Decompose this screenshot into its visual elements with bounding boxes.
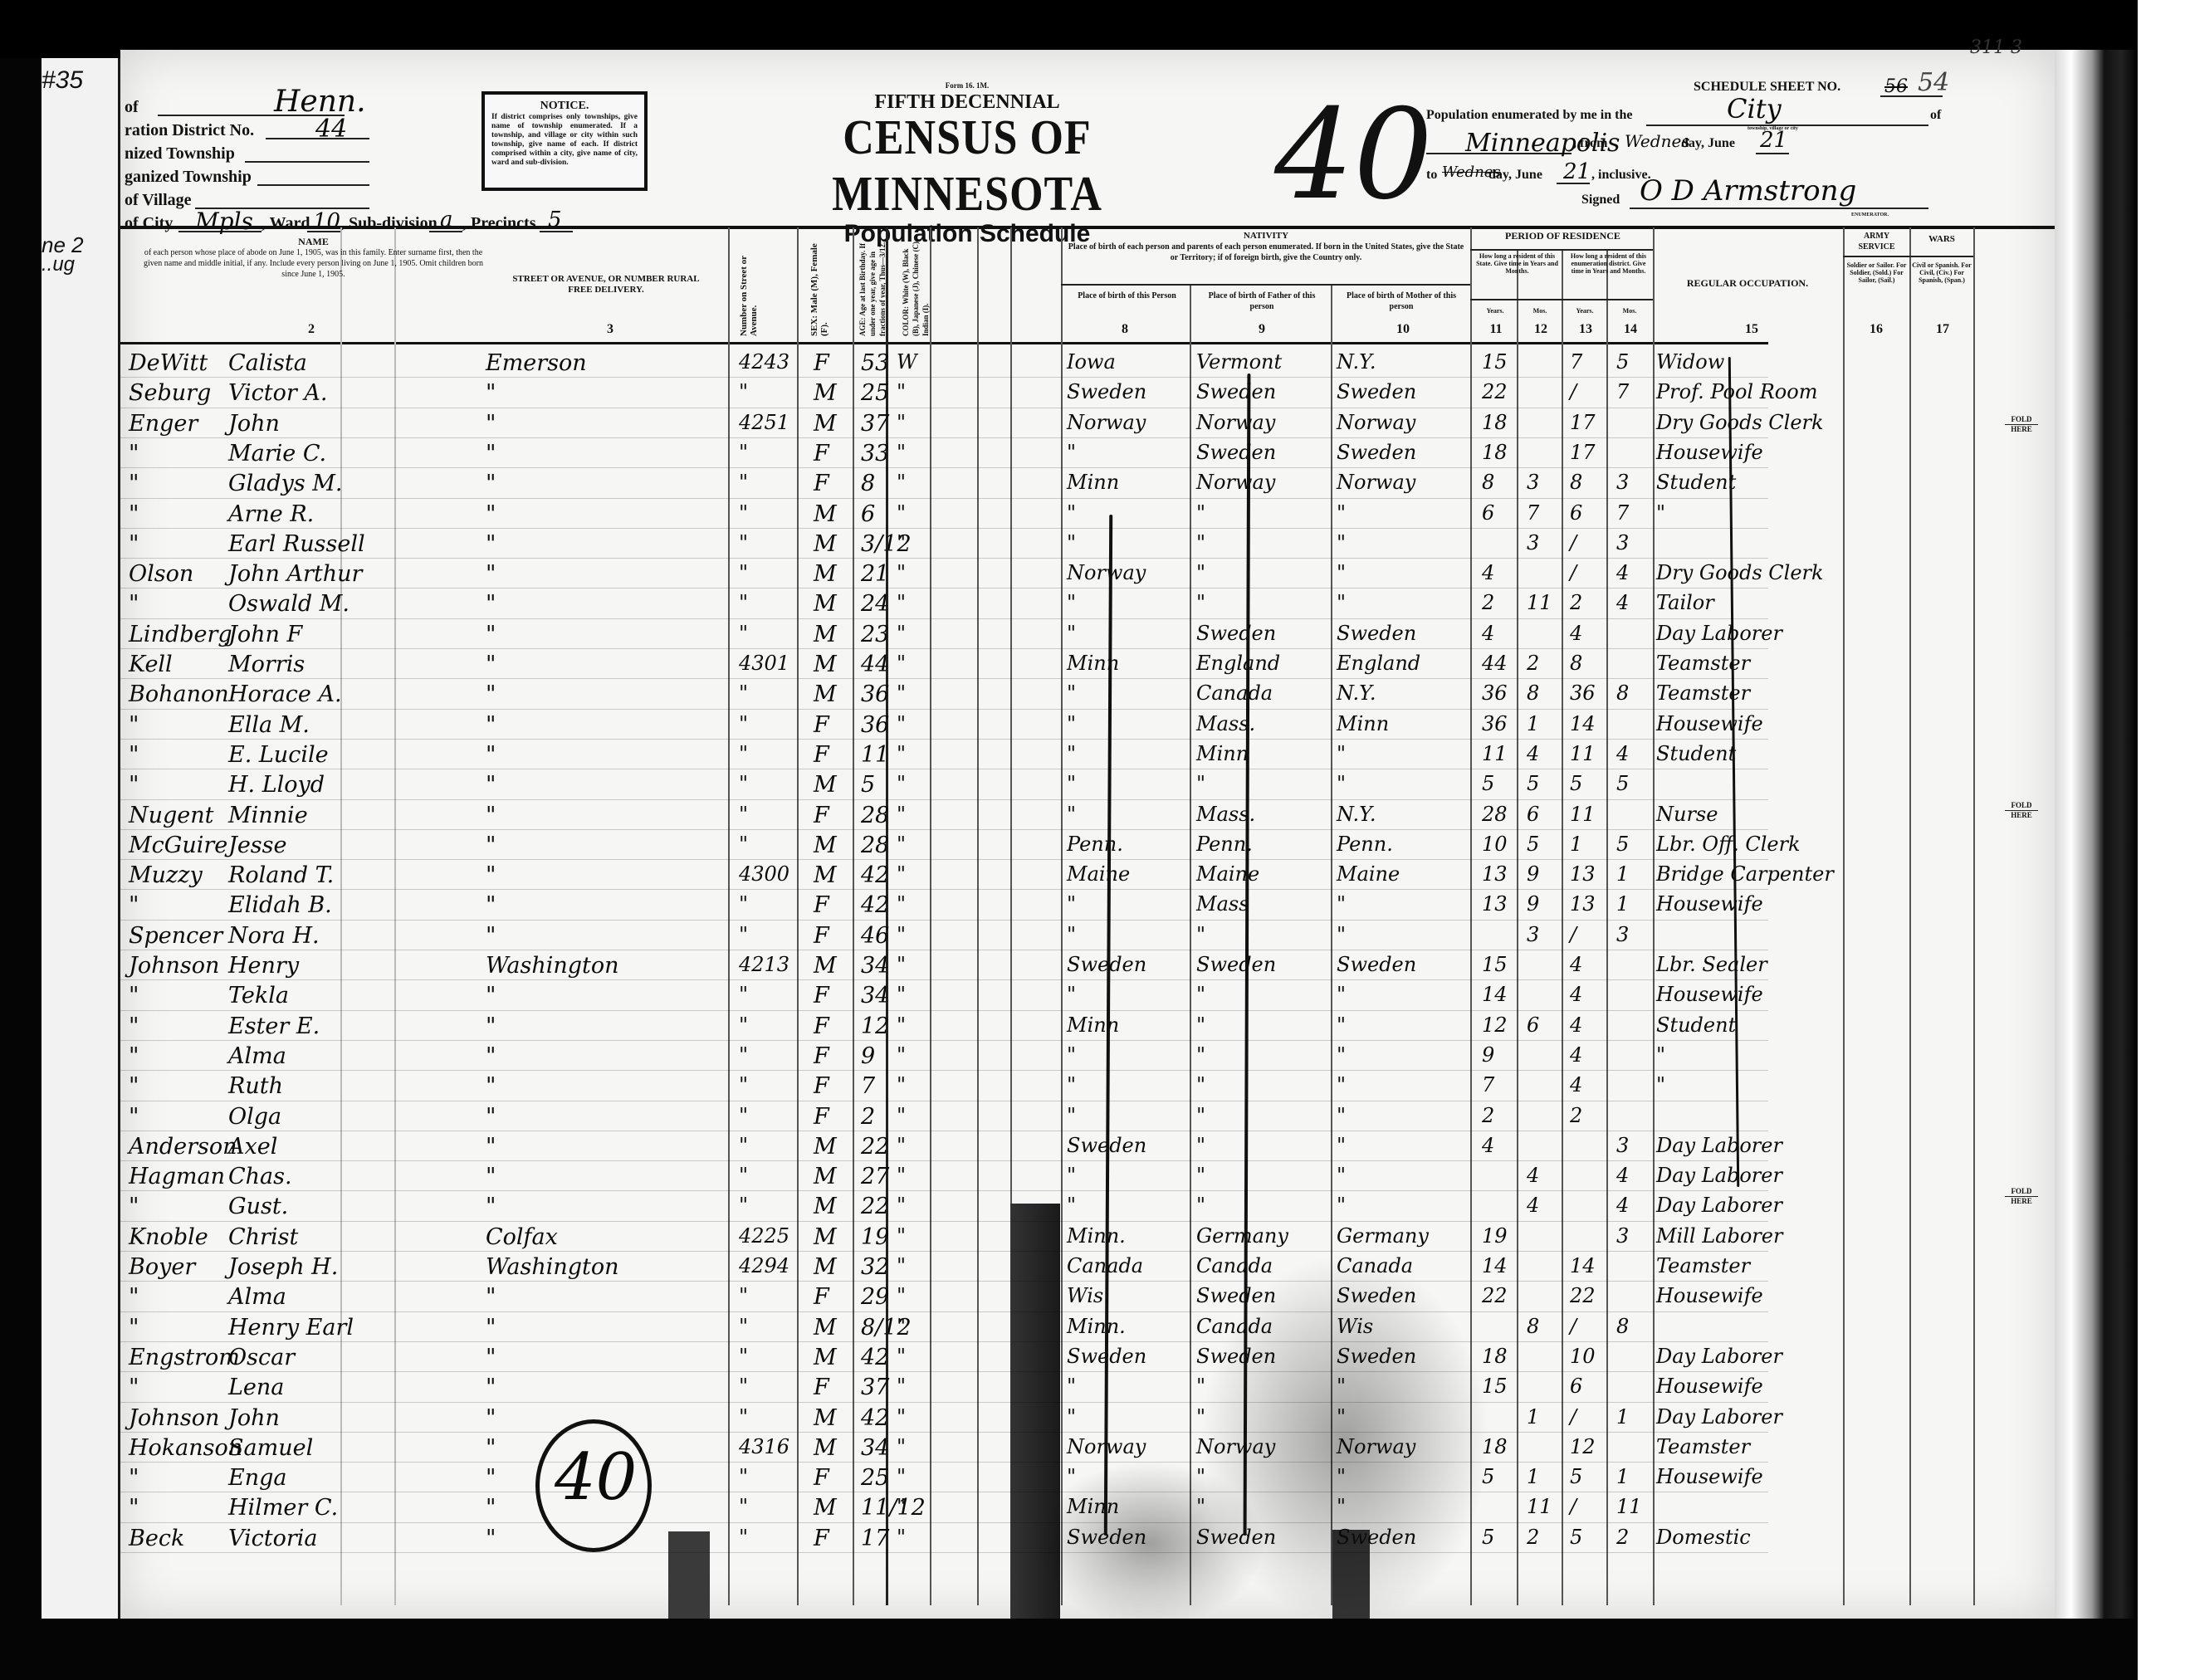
district-years-cell: 2 xyxy=(1570,1104,1582,1127)
birthplace-mother-cell: " xyxy=(1337,501,1346,525)
col-header-house-number: Number on Street or Avenue. xyxy=(739,237,759,336)
birthplace-person-cell: " xyxy=(1067,772,1076,795)
sex-cell: F xyxy=(814,983,829,1008)
given-name-cell: E. Lucile xyxy=(228,742,329,768)
to-suffix: day, June xyxy=(1488,168,1542,183)
district-months-cell: 3 xyxy=(1616,1224,1629,1248)
age-cell: 27 xyxy=(861,1164,889,1189)
scan-border-right xyxy=(2138,0,2185,1680)
surname-cell: Lindberg xyxy=(129,622,232,647)
state-months-cell: 1 xyxy=(1527,712,1539,735)
birthplace-mother-cell: Wis xyxy=(1337,1315,1373,1338)
street-cell: " xyxy=(486,983,496,1008)
street-cell: " xyxy=(486,1013,496,1039)
district-value: 44 xyxy=(315,115,347,144)
state-months-cell: 7 xyxy=(1527,501,1539,525)
district-months-cell: 1 xyxy=(1616,1465,1629,1488)
surname-cell: Muzzy xyxy=(129,862,203,888)
house-number-cell: 4225 xyxy=(739,1224,789,1248)
sex-cell: M xyxy=(814,652,837,677)
district-years-cell: 7 xyxy=(1570,350,1582,374)
given-name-cell: Joseph H. xyxy=(228,1254,338,1280)
occupation-cell: Day Laborer xyxy=(1656,1194,1782,1217)
given-name-cell: Roland T. xyxy=(228,862,334,888)
street-cell: " xyxy=(486,1315,496,1341)
given-name-cell: Arne R. xyxy=(228,501,314,527)
precincts-label: , Precincts xyxy=(462,214,536,233)
street-cell: " xyxy=(486,622,496,647)
house-number-cell: " xyxy=(739,742,748,765)
birthplace-father-cell: Sweden xyxy=(1196,441,1276,464)
state-years-cell: 18 xyxy=(1482,1345,1508,1368)
street-cell: " xyxy=(486,471,496,496)
age-cell: 46 xyxy=(861,923,889,949)
birthplace-mother-cell: England xyxy=(1337,652,1420,675)
state-years-cell: 18 xyxy=(1482,1435,1508,1458)
birthplace-person-cell: Minn xyxy=(1067,1013,1119,1037)
color-cell: " xyxy=(897,1104,906,1127)
surname-cell: Olson xyxy=(129,561,193,587)
color-cell: " xyxy=(897,531,906,554)
birthplace-father-cell: " xyxy=(1196,1194,1205,1217)
district-years-cell: / xyxy=(1570,1315,1576,1338)
unorg-township-label: ganized Township xyxy=(125,168,252,187)
state-months-cell: 9 xyxy=(1527,892,1539,916)
state-years-cell: 13 xyxy=(1482,892,1508,916)
birthplace-father-cell: Minn xyxy=(1196,742,1249,765)
district-months-cell: 5 xyxy=(1616,350,1629,374)
sex-cell: M xyxy=(814,681,837,707)
sex-cell: F xyxy=(814,1526,829,1551)
house-number-cell: " xyxy=(739,622,748,645)
district-years-cell: 11 xyxy=(1570,742,1596,765)
state-months-cell: 11 xyxy=(1527,591,1552,614)
house-number-cell: " xyxy=(739,1164,748,1187)
occupation-cell: Housewife xyxy=(1656,892,1763,916)
house-number-cell: " xyxy=(739,712,748,735)
col-header-street: STREET OR AVENUE, OR NUMBER RURAL FREE D… xyxy=(502,274,710,295)
sex-cell: M xyxy=(814,1435,837,1461)
color-cell: " xyxy=(897,1134,906,1157)
house-number-cell: " xyxy=(739,923,748,946)
birthplace-person-cell: Sweden xyxy=(1067,1134,1146,1157)
given-name-cell: Ester E. xyxy=(228,1013,320,1039)
street-cell: " xyxy=(486,531,496,557)
street-cell: " xyxy=(486,591,496,617)
birthplace-father-cell: " xyxy=(1196,1375,1205,1398)
given-name-cell: H. Lloyd xyxy=(228,772,325,798)
birthplace-person-cell: " xyxy=(1067,712,1076,735)
birthplace-mother-cell: Norway xyxy=(1337,411,1415,434)
state-months-cell: 3 xyxy=(1527,531,1539,554)
sex-cell: M xyxy=(814,1134,837,1160)
given-name-cell: Lena xyxy=(228,1375,284,1400)
birthplace-father-cell: Norway xyxy=(1196,411,1275,434)
district-years-cell: 4 xyxy=(1570,983,1582,1006)
birthplace-person-cell: " xyxy=(1067,1104,1076,1127)
state-months-cell: 1 xyxy=(1527,1465,1539,1488)
book-binding xyxy=(2055,50,2138,1619)
birthplace-mother-cell: " xyxy=(1337,1043,1346,1067)
birthplace-father-cell: Sweden xyxy=(1196,953,1276,976)
birthplace-person-cell: Sweden xyxy=(1067,380,1146,403)
state-years-cell: 18 xyxy=(1482,411,1508,434)
age-cell: 6 xyxy=(861,501,875,527)
occupation-cell: Housewife xyxy=(1656,1375,1763,1398)
house-number-cell: " xyxy=(739,1345,748,1368)
surname-cell: " xyxy=(129,892,139,918)
to-label: to xyxy=(1426,168,1437,183)
house-number-cell: 4213 xyxy=(739,953,789,976)
fold-here-marker: FOLDHERE xyxy=(2005,415,2038,434)
surname-cell: Knoble xyxy=(129,1224,208,1250)
occupation-cell: Bridge Carpenter xyxy=(1656,862,1834,886)
given-name-cell: Ella M. xyxy=(228,712,310,738)
col-header-army-service: ARMY SERVICE xyxy=(1845,231,1908,252)
district-years-cell: / xyxy=(1570,923,1576,946)
age-cell: 23 xyxy=(861,622,889,647)
birthplace-father-cell: " xyxy=(1196,1013,1205,1037)
street-cell: " xyxy=(486,411,496,437)
age-cell: 28 xyxy=(861,833,889,858)
state-years-cell: 4 xyxy=(1482,1134,1494,1157)
given-name-cell: John F xyxy=(228,622,302,647)
age-cell: 12 xyxy=(861,1013,889,1039)
state-years-cell: 14 xyxy=(1482,983,1508,1006)
occupation-cell: Domestic xyxy=(1656,1526,1751,1549)
occupation-cell: Dry Goods Clerk xyxy=(1656,561,1824,584)
birthplace-mother-cell: Sweden xyxy=(1337,380,1416,403)
col-header-wars: WARS xyxy=(1912,234,1972,245)
house-number-cell: " xyxy=(739,833,748,856)
state-years-cell: 12 xyxy=(1482,1013,1508,1037)
color-cell: " xyxy=(897,1405,906,1428)
birthplace-father-cell: " xyxy=(1196,591,1205,614)
birthplace-mother-cell: Sweden xyxy=(1337,1345,1416,1368)
given-name-cell: John xyxy=(228,1405,280,1431)
color-cell: " xyxy=(897,833,906,856)
sex-cell: F xyxy=(814,1073,829,1099)
age-cell: 29 xyxy=(861,1284,889,1310)
color-cell: " xyxy=(897,772,906,795)
sex-cell: F xyxy=(814,712,829,738)
sheet-ref-note: #35 xyxy=(42,66,83,95)
street-cell: " xyxy=(486,1194,496,1219)
given-name-cell: Henry Earl xyxy=(228,1315,354,1341)
age-cell: 53 xyxy=(861,350,889,376)
house-number-cell: 4294 xyxy=(739,1254,789,1277)
age-cell: 37 xyxy=(861,1375,889,1400)
color-cell: " xyxy=(897,411,906,434)
birthplace-mother-cell: " xyxy=(1337,892,1346,916)
sex-cell: M xyxy=(814,561,837,587)
house-number-cell: 4300 xyxy=(739,862,789,886)
col-header-sex: SEX: Male (M), Female (F). xyxy=(809,237,829,336)
house-number-cell: " xyxy=(739,1526,748,1549)
state-years-cell: 15 xyxy=(1482,1375,1508,1398)
district-years-cell: 22 xyxy=(1570,1284,1596,1307)
district-years-cell: 36 xyxy=(1570,681,1596,705)
color-cell: " xyxy=(897,501,906,525)
street-cell: Washington xyxy=(486,1254,619,1280)
house-number-cell: " xyxy=(739,892,748,916)
surname-cell: Hokanson xyxy=(129,1435,242,1461)
sex-cell: M xyxy=(814,501,837,527)
sex-cell: F xyxy=(814,1465,829,1491)
district-years-cell: 17 xyxy=(1570,411,1596,434)
surname-cell: Kell xyxy=(129,652,173,677)
birthplace-mother-cell: Norway xyxy=(1337,471,1415,494)
surname-cell: " xyxy=(129,1194,139,1219)
district-years-cell: / xyxy=(1570,531,1576,554)
birthplace-father-cell: " xyxy=(1196,561,1205,584)
district-months-cell: 8 xyxy=(1616,1315,1629,1338)
color-cell: " xyxy=(897,1164,906,1187)
ward-label: , Ward xyxy=(262,214,310,233)
state-years-cell: 28 xyxy=(1482,803,1508,826)
street-cell: " xyxy=(486,1465,496,1491)
col-header-birth-person: Place of birth of this Person xyxy=(1067,291,1187,301)
birthplace-mother-cell: Sweden xyxy=(1337,1526,1416,1549)
street-cell: Emerson xyxy=(486,350,587,376)
sex-cell: M xyxy=(814,833,837,858)
color-cell: " xyxy=(897,923,906,946)
district-years-cell: 5 xyxy=(1570,772,1582,795)
birthplace-mother-cell: " xyxy=(1337,1375,1346,1398)
occupation-cell: Student xyxy=(1656,471,1736,494)
sex-cell: F xyxy=(814,1375,829,1400)
color-cell: " xyxy=(897,1495,906,1518)
sex-cell: F xyxy=(814,923,829,949)
color-cell: " xyxy=(897,471,906,494)
color-cell: " xyxy=(897,712,906,735)
sex-cell: M xyxy=(814,1254,837,1280)
house-number-cell: " xyxy=(739,591,748,614)
state-years-cell: 44 xyxy=(1482,652,1508,675)
occupation-cell: Lbr. Sealer xyxy=(1656,953,1767,976)
county-value: Henn. xyxy=(274,85,366,119)
district-months-cell: 3 xyxy=(1616,923,1629,946)
district-years-cell: 5 xyxy=(1570,1526,1582,1549)
street-cell: " xyxy=(486,380,496,406)
district-years-cell: 4 xyxy=(1570,1043,1582,1067)
district-months-cell: 5 xyxy=(1616,772,1629,795)
house-number-cell: " xyxy=(739,1315,748,1338)
occupation-cell: Student xyxy=(1656,742,1736,765)
birthplace-mother-cell: Germany xyxy=(1337,1224,1429,1248)
house-number-cell: 4251 xyxy=(739,411,789,434)
district-years-cell: 4 xyxy=(1570,622,1582,645)
sex-cell: F xyxy=(814,441,829,466)
color-cell: " xyxy=(897,1224,906,1248)
house-number-cell: " xyxy=(739,531,748,554)
surname-cell: " xyxy=(129,1284,139,1310)
surname-cell: Beck xyxy=(129,1526,184,1551)
street-cell: " xyxy=(486,1375,496,1400)
birthplace-person-cell: Minn. xyxy=(1067,1315,1126,1338)
street-cell: " xyxy=(486,923,496,949)
state-months-cell: 4 xyxy=(1527,1164,1539,1187)
age-cell: 42 xyxy=(861,1345,889,1370)
surname-cell: " xyxy=(129,1315,139,1341)
color-cell: " xyxy=(897,1375,906,1398)
enumerated-value: City xyxy=(1727,93,1782,125)
col-header-resident-state: How long a resident of this State. Give … xyxy=(1474,252,1561,275)
surname-cell: " xyxy=(129,531,139,557)
color-cell: " xyxy=(897,380,906,403)
birthplace-father-cell: Mass xyxy=(1196,892,1249,916)
age-cell: 34 xyxy=(861,953,889,979)
birthplace-mother-cell: " xyxy=(1337,1134,1346,1157)
birthplace-person-cell: " xyxy=(1067,742,1076,765)
sex-cell: F xyxy=(814,742,829,768)
district-years-cell: 8 xyxy=(1570,652,1582,675)
color-cell: " xyxy=(897,681,906,705)
occupation-cell: Teamster xyxy=(1656,681,1750,705)
birthplace-mother-cell: " xyxy=(1337,1495,1346,1518)
street-cell: " xyxy=(486,772,496,798)
sex-cell: F xyxy=(814,1013,829,1039)
birthplace-person-cell: Minn xyxy=(1067,1495,1119,1518)
surname-cell: DeWitt xyxy=(129,350,208,376)
street-cell: " xyxy=(486,1284,496,1310)
ward-value: 10 xyxy=(313,209,340,234)
house-number-cell: " xyxy=(739,1465,748,1488)
age-cell: 42 xyxy=(861,1405,889,1431)
sex-cell: F xyxy=(814,892,829,918)
birthplace-person-cell: " xyxy=(1067,1465,1076,1488)
house-number-cell: " xyxy=(739,1375,748,1398)
given-name-cell: Marie C. xyxy=(228,441,326,466)
surname-cell: " xyxy=(129,1013,139,1039)
birthplace-person-cell: Sweden xyxy=(1067,1345,1146,1368)
given-name-cell: Gust. xyxy=(228,1194,288,1219)
age-cell: 25 xyxy=(861,1465,889,1491)
district-years-cell: 2 xyxy=(1570,591,1582,614)
house-number-cell: " xyxy=(739,561,748,584)
surname-cell: " xyxy=(129,772,139,798)
sheet-no-value: 54 xyxy=(1918,68,1949,97)
state-years-cell: 10 xyxy=(1482,833,1508,856)
district-months-cell: 4 xyxy=(1616,742,1629,765)
birthplace-father-cell: Mass. xyxy=(1196,803,1255,826)
state-years-cell: 11 xyxy=(1482,742,1508,765)
birthplace-mother-cell: Sweden xyxy=(1337,1284,1416,1307)
from-day: Wednes xyxy=(1625,131,1690,151)
birthplace-father-cell: Canada xyxy=(1196,1254,1273,1277)
house-number-cell: " xyxy=(739,1495,748,1518)
age-cell: 2 xyxy=(861,1104,875,1130)
circled-number: 40 xyxy=(535,1419,652,1552)
district-years-cell: 13 xyxy=(1570,892,1596,916)
given-name-cell: Alma xyxy=(228,1284,286,1310)
city-value: Mpls xyxy=(195,208,253,235)
color-cell: " xyxy=(897,953,906,976)
occupation-cell: Student xyxy=(1656,1013,1736,1037)
birthplace-mother-cell: " xyxy=(1337,561,1346,584)
house-number-cell: " xyxy=(739,380,748,403)
street-cell: " xyxy=(486,1104,496,1130)
village-label: of Village xyxy=(125,191,192,210)
age-cell: 42 xyxy=(861,892,889,918)
birthplace-father-cell: Canada xyxy=(1196,1315,1273,1338)
street-cell: " xyxy=(486,803,496,828)
birthplace-mother-cell: " xyxy=(1337,531,1346,554)
sex-cell: M xyxy=(814,1405,837,1431)
birthplace-father-cell: England xyxy=(1196,652,1280,675)
sex-cell: F xyxy=(814,1284,829,1310)
col-header-nativity: NATIVITY Place of birth of each person a… xyxy=(1067,231,1465,263)
birthplace-mother-cell: " xyxy=(1337,772,1346,795)
house-number-cell: " xyxy=(739,501,748,525)
district-years-cell: 13 xyxy=(1570,862,1596,886)
birthplace-person-cell: " xyxy=(1067,1194,1076,1217)
street-cell: " xyxy=(486,681,496,707)
birthplace-father-cell: Sweden xyxy=(1196,1345,1276,1368)
color-cell: W xyxy=(897,350,917,374)
birthplace-father-cell: Penn. xyxy=(1196,833,1253,856)
surname-cell: " xyxy=(129,1495,139,1521)
col-header-resident-district: How long a resident of this enumeration … xyxy=(1565,252,1652,275)
surname-cell: " xyxy=(129,1043,139,1069)
birthplace-person-cell: " xyxy=(1067,441,1076,464)
surname-cell: " xyxy=(129,983,139,1008)
district-years-cell: 6 xyxy=(1570,1375,1582,1398)
birthplace-mother-cell: Penn. xyxy=(1337,833,1393,856)
birthplace-mother-cell: " xyxy=(1337,1405,1346,1428)
street-cell: " xyxy=(486,652,496,677)
surname-cell: " xyxy=(129,441,139,466)
birthplace-person-cell: " xyxy=(1067,681,1076,705)
birthplace-father-cell: " xyxy=(1196,1134,1205,1157)
col-header-name: NAME of each person whose place of abode… xyxy=(137,237,490,280)
birthplace-person-cell: Sweden xyxy=(1067,953,1146,976)
sex-cell: F xyxy=(814,1104,829,1130)
state-months-cell: 4 xyxy=(1527,1194,1539,1217)
birthplace-person-cell: Norway xyxy=(1067,411,1146,434)
district-months-cell: 7 xyxy=(1616,501,1629,525)
color-cell: " xyxy=(897,862,906,886)
state-years-cell: 4 xyxy=(1482,561,1494,584)
color-cell: " xyxy=(897,441,906,464)
state-months-cell: 2 xyxy=(1527,652,1539,675)
birthplace-person-cell: Canada xyxy=(1067,1254,1143,1277)
district-months-cell: 4 xyxy=(1616,1194,1629,1217)
birthplace-mother-cell: " xyxy=(1337,1073,1346,1096)
surname-cell: Seburg xyxy=(129,380,211,406)
birthplace-person-cell: Minn. xyxy=(1067,1224,1126,1248)
occupation-cell: Housewife xyxy=(1656,983,1763,1006)
surname-cell: " xyxy=(129,591,139,617)
birthplace-mother-cell: Minn xyxy=(1337,712,1389,735)
occupation-cell: Day Laborer xyxy=(1656,622,1782,645)
street-cell: " xyxy=(486,1043,496,1069)
col-header-occupation: REGULAR OCCUPATION. xyxy=(1656,278,1839,289)
sex-cell: M xyxy=(814,1315,837,1341)
birthplace-mother-cell: " xyxy=(1337,742,1346,765)
state-years-cell: 36 xyxy=(1482,681,1508,705)
occupation-cell: Teamster xyxy=(1656,652,1750,675)
sex-cell: M xyxy=(814,1224,837,1250)
color-cell: " xyxy=(897,591,906,614)
occupation-cell: " xyxy=(1656,501,1665,525)
enumerator-label: ENUMERATOR. xyxy=(1851,212,1889,217)
color-cell: " xyxy=(897,1315,906,1338)
district-months-cell: 3 xyxy=(1616,1134,1629,1157)
district-years-cell: 10 xyxy=(1570,1345,1596,1368)
birthplace-person-cell: Maine xyxy=(1067,862,1130,886)
district-years-cell: / xyxy=(1570,1495,1576,1518)
